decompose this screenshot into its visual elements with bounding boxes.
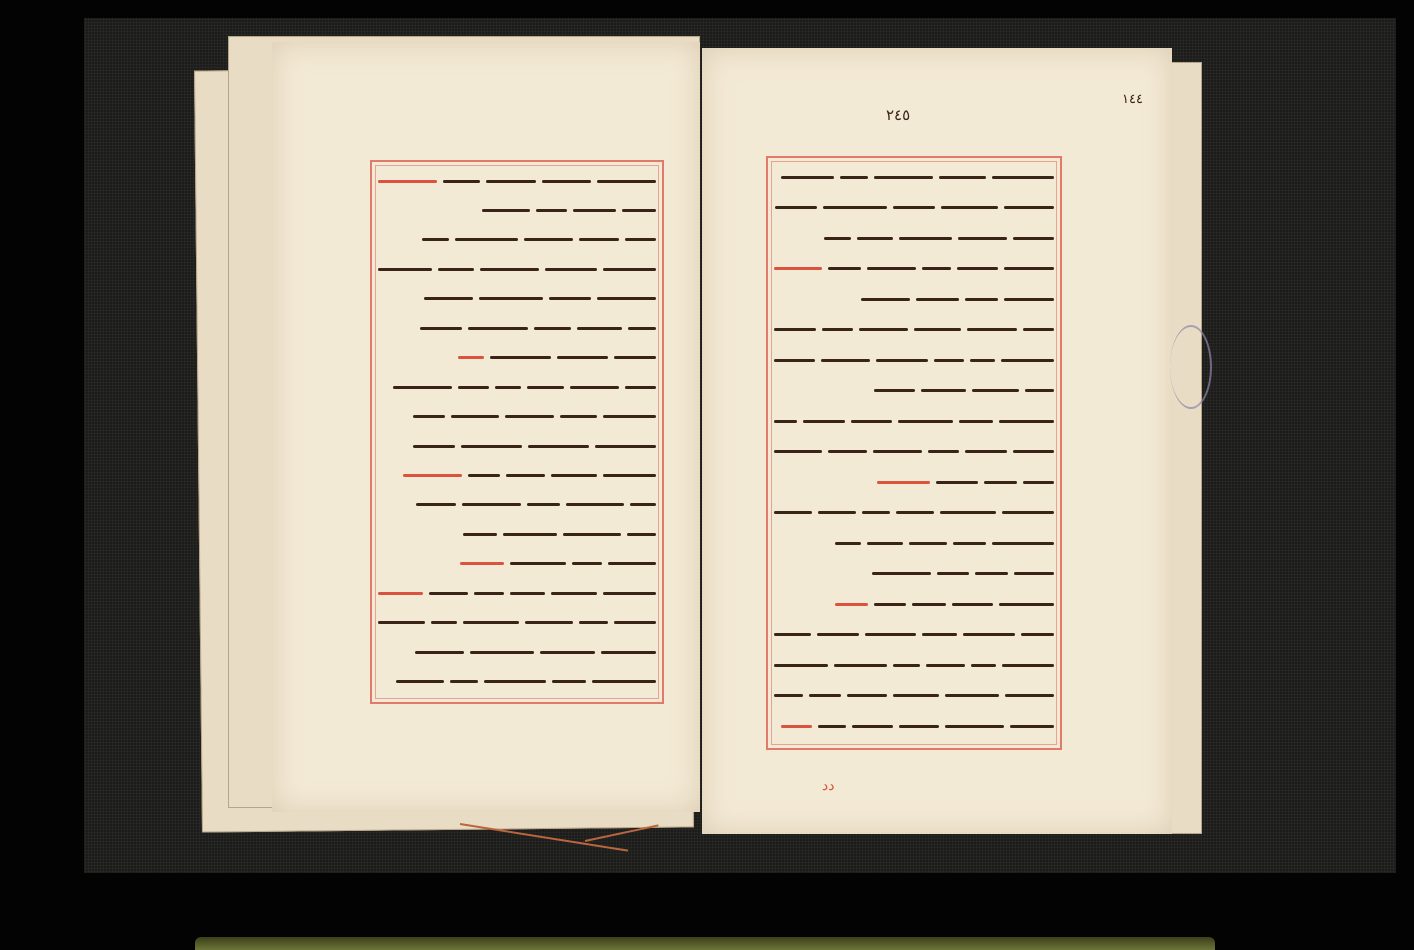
- ink-word: [916, 298, 960, 301]
- ink-word: [1010, 725, 1054, 728]
- ink-word: [625, 386, 656, 389]
- ink-word: [999, 603, 1054, 606]
- ink-word: [438, 268, 473, 271]
- lightbox-edge: [195, 937, 1215, 950]
- script-line: [378, 256, 656, 282]
- ink-word: [1005, 694, 1054, 697]
- script-line: [774, 347, 1054, 373]
- ink-word: [378, 592, 423, 595]
- ink-word: [775, 206, 817, 209]
- ink-word: [899, 725, 938, 728]
- ink-word: [874, 176, 933, 179]
- ink-word: [928, 450, 959, 453]
- ink-word: [874, 603, 907, 606]
- ink-word: [416, 503, 456, 506]
- ink-word: [628, 327, 656, 330]
- ink-word: [781, 176, 834, 179]
- ink-word: [455, 238, 518, 241]
- ink-word: [893, 664, 920, 667]
- ink-word: [470, 651, 534, 654]
- ink-word: [859, 328, 908, 331]
- ink-word: [992, 542, 1054, 545]
- script-line: [774, 561, 1054, 587]
- ink-word: [1004, 298, 1054, 301]
- ink-word: [566, 503, 624, 506]
- script-line: [378, 551, 656, 577]
- ink-word: [579, 621, 608, 624]
- script-line: [774, 469, 1054, 495]
- ink-word: [486, 180, 537, 183]
- ink-word: [822, 328, 853, 331]
- ink-word: [774, 511, 812, 514]
- ink-word: [463, 533, 498, 536]
- ink-word: [534, 327, 572, 330]
- ink-word: [926, 664, 965, 667]
- right-text-frame: [766, 156, 1062, 750]
- folio-number: ٢٤٥: [886, 106, 910, 124]
- ink-word: [460, 562, 505, 565]
- ink-word: [939, 176, 986, 179]
- ink-word: [549, 297, 591, 300]
- ink-word: [1002, 664, 1054, 667]
- ink-word: [603, 474, 656, 477]
- ink-word: [573, 209, 616, 212]
- script-line: [378, 168, 656, 194]
- ink-word: [557, 356, 608, 359]
- left-text-frame: [370, 160, 664, 704]
- corner-note: ١٤٤: [1122, 92, 1143, 107]
- ink-word: [774, 420, 797, 423]
- ink-word: [527, 386, 564, 389]
- ink-word: [429, 592, 468, 595]
- ink-word: [959, 420, 993, 423]
- ink-word: [451, 415, 499, 418]
- ink-word: [945, 725, 1004, 728]
- script-line: [378, 610, 656, 636]
- ink-word: [525, 621, 573, 624]
- ink-word: [510, 562, 566, 565]
- ink-word: [528, 445, 589, 448]
- ink-word: [1013, 237, 1054, 240]
- ink-word: [893, 694, 939, 697]
- ink-word: [403, 474, 462, 477]
- ink-word: [874, 389, 915, 392]
- ink-word: [1004, 206, 1054, 209]
- ink-word: [462, 503, 520, 506]
- script-line: [378, 580, 656, 606]
- script-line: [774, 622, 1054, 648]
- ink-word: [818, 725, 846, 728]
- ink-word: [893, 206, 936, 209]
- script-line: [378, 345, 656, 371]
- script-line: [378, 639, 656, 665]
- ink-word: [540, 651, 595, 654]
- ink-word: [577, 327, 622, 330]
- ink-word: [480, 268, 539, 271]
- ink-word: [474, 592, 504, 595]
- ink-word: [378, 268, 432, 271]
- ink-word: [608, 562, 656, 565]
- ink-word: [614, 356, 656, 359]
- ink-word: [597, 297, 656, 300]
- ink-word: [563, 533, 622, 536]
- script-line: [378, 315, 656, 341]
- ink-word: [828, 450, 867, 453]
- script-line: [774, 256, 1054, 282]
- ink-word: [840, 176, 868, 179]
- ink-word: [468, 327, 528, 330]
- script-line: [378, 521, 656, 547]
- ink-word: [413, 415, 445, 418]
- ink-word: [614, 621, 656, 624]
- ink-word: [958, 237, 1007, 240]
- ink-word: [431, 621, 457, 624]
- ink-word: [527, 503, 560, 506]
- ink-word: [972, 389, 1020, 392]
- photo-stage: ٢٤٥ ١٤٤ دد: [0, 0, 1414, 950]
- ink-word: [971, 664, 996, 667]
- ink-word: [378, 621, 425, 624]
- ink-word: [415, 651, 464, 654]
- ink-word: [551, 592, 598, 595]
- ink-word: [378, 180, 437, 183]
- ink-word: [835, 542, 861, 545]
- ink-word: [945, 694, 1000, 697]
- script-line: [378, 197, 656, 223]
- ink-word: [952, 603, 993, 606]
- ink-word: [774, 359, 815, 362]
- ink-word: [506, 474, 545, 477]
- left-page: [272, 42, 700, 812]
- ink-word: [821, 359, 871, 362]
- ink-word: [1013, 450, 1054, 453]
- ink-word: [898, 420, 953, 423]
- script-line: [774, 500, 1054, 526]
- script-line: [378, 374, 656, 400]
- script-line: [774, 530, 1054, 556]
- ink-word: [482, 209, 530, 212]
- ink-word: [463, 621, 519, 624]
- ink-word: [420, 327, 462, 330]
- ink-word: [592, 680, 656, 683]
- ink-word: [510, 592, 545, 595]
- ink-word: [835, 603, 867, 606]
- script-line: [774, 683, 1054, 709]
- ink-word: [468, 474, 500, 477]
- ink-word: [458, 386, 489, 389]
- ink-word: [545, 268, 597, 271]
- ink-word: [484, 680, 545, 683]
- ink-word: [1025, 389, 1054, 392]
- ink-word: [970, 359, 995, 362]
- ink-word: [963, 633, 1015, 636]
- ink-word: [1004, 267, 1054, 270]
- ink-word: [899, 237, 951, 240]
- script-line: [774, 225, 1054, 251]
- ink-word: [1021, 633, 1054, 636]
- script-line: [774, 713, 1054, 739]
- script-line: [774, 286, 1054, 312]
- library-stamp: [1170, 325, 1212, 409]
- ink-word: [857, 237, 894, 240]
- ink-word: [867, 267, 916, 270]
- ink-word: [914, 328, 961, 331]
- script-line: [774, 317, 1054, 343]
- script-line: [378, 227, 656, 253]
- script-line: [378, 669, 656, 695]
- ink-word: [542, 180, 591, 183]
- ink-word: [560, 415, 597, 418]
- ink-word: [490, 356, 551, 359]
- ink-word: [625, 238, 656, 241]
- ink-word: [851, 420, 892, 423]
- ink-word: [824, 237, 851, 240]
- ink-word: [450, 680, 478, 683]
- ink-word: [774, 267, 822, 270]
- ink-word: [992, 176, 1054, 179]
- ink-word: [595, 445, 656, 448]
- script-line: [774, 439, 1054, 465]
- ink-word: [393, 386, 452, 389]
- bottom-rubric: دد: [822, 778, 834, 794]
- script-line: [774, 195, 1054, 221]
- ink-word: [817, 633, 859, 636]
- ink-word: [852, 725, 893, 728]
- ink-word: [873, 450, 922, 453]
- ink-word: [458, 356, 484, 359]
- ink-word: [872, 572, 931, 575]
- ink-word: [940, 511, 996, 514]
- ink-word: [823, 206, 887, 209]
- script-line: [378, 433, 656, 459]
- ink-word: [834, 664, 887, 667]
- ink-word: [570, 386, 619, 389]
- ink-word: [774, 328, 816, 331]
- ink-word: [922, 267, 951, 270]
- ink-word: [1001, 359, 1054, 362]
- right-page: ٢٤٥ ١٤٤ دد: [702, 48, 1172, 834]
- ink-word: [934, 359, 963, 362]
- ink-word: [967, 328, 1018, 331]
- ink-word: [861, 298, 909, 301]
- ink-word: [551, 474, 597, 477]
- script-line: [378, 462, 656, 488]
- ink-word: [876, 359, 928, 362]
- ink-word: [495, 386, 521, 389]
- ink-word: [601, 651, 656, 654]
- ink-word: [953, 542, 986, 545]
- ink-word: [479, 297, 543, 300]
- ink-word: [912, 603, 945, 606]
- ink-word: [603, 592, 656, 595]
- ink-word: [1014, 572, 1054, 575]
- script-line: [774, 378, 1054, 404]
- ink-word: [424, 297, 473, 300]
- ink-word: [941, 206, 998, 209]
- ink-word: [781, 725, 812, 728]
- ink-word: [630, 503, 656, 506]
- ink-word: [524, 238, 573, 241]
- ink-word: [627, 533, 656, 536]
- ink-word: [505, 415, 554, 418]
- script-line: [378, 404, 656, 430]
- script-line: [774, 408, 1054, 434]
- ink-word: [847, 694, 887, 697]
- ink-word: [413, 445, 454, 448]
- ink-word: [1002, 511, 1054, 514]
- ink-word: [862, 511, 890, 514]
- ink-word: [603, 268, 656, 271]
- ink-word: [865, 633, 916, 636]
- ink-word: [984, 481, 1016, 484]
- ink-word: [774, 694, 803, 697]
- ink-word: [536, 209, 567, 212]
- ink-word: [828, 267, 860, 270]
- script-line: [774, 652, 1054, 678]
- ink-word: [957, 267, 998, 270]
- ink-word: [922, 633, 958, 636]
- ink-word: [1023, 328, 1054, 331]
- ink-word: [774, 633, 811, 636]
- ink-word: [422, 238, 450, 241]
- ink-word: [877, 481, 930, 484]
- ink-word: [809, 694, 842, 697]
- ink-word: [936, 481, 978, 484]
- ink-word: [867, 542, 903, 545]
- ink-word: [622, 209, 656, 212]
- ink-word: [965, 298, 997, 301]
- ink-word: [921, 389, 965, 392]
- script-line: [378, 492, 656, 518]
- ink-word: [396, 680, 445, 683]
- ink-word: [774, 664, 828, 667]
- ink-word: [937, 572, 970, 575]
- ink-word: [597, 180, 656, 183]
- ink-word: [909, 542, 947, 545]
- ink-word: [572, 562, 602, 565]
- script-line: [774, 591, 1054, 617]
- ink-word: [896, 511, 934, 514]
- script-line: [774, 164, 1054, 190]
- ink-word: [818, 511, 856, 514]
- ink-word: [552, 680, 586, 683]
- ink-word: [461, 445, 522, 448]
- ink-word: [975, 572, 1008, 575]
- ink-word: [503, 533, 556, 536]
- ink-word: [803, 420, 845, 423]
- ink-word: [1023, 481, 1054, 484]
- ink-word: [579, 238, 619, 241]
- script-line: [378, 286, 656, 312]
- ink-word: [965, 450, 1008, 453]
- ink-word: [999, 420, 1054, 423]
- ink-word: [443, 180, 479, 183]
- ink-word: [603, 415, 656, 418]
- ink-word: [774, 450, 822, 453]
